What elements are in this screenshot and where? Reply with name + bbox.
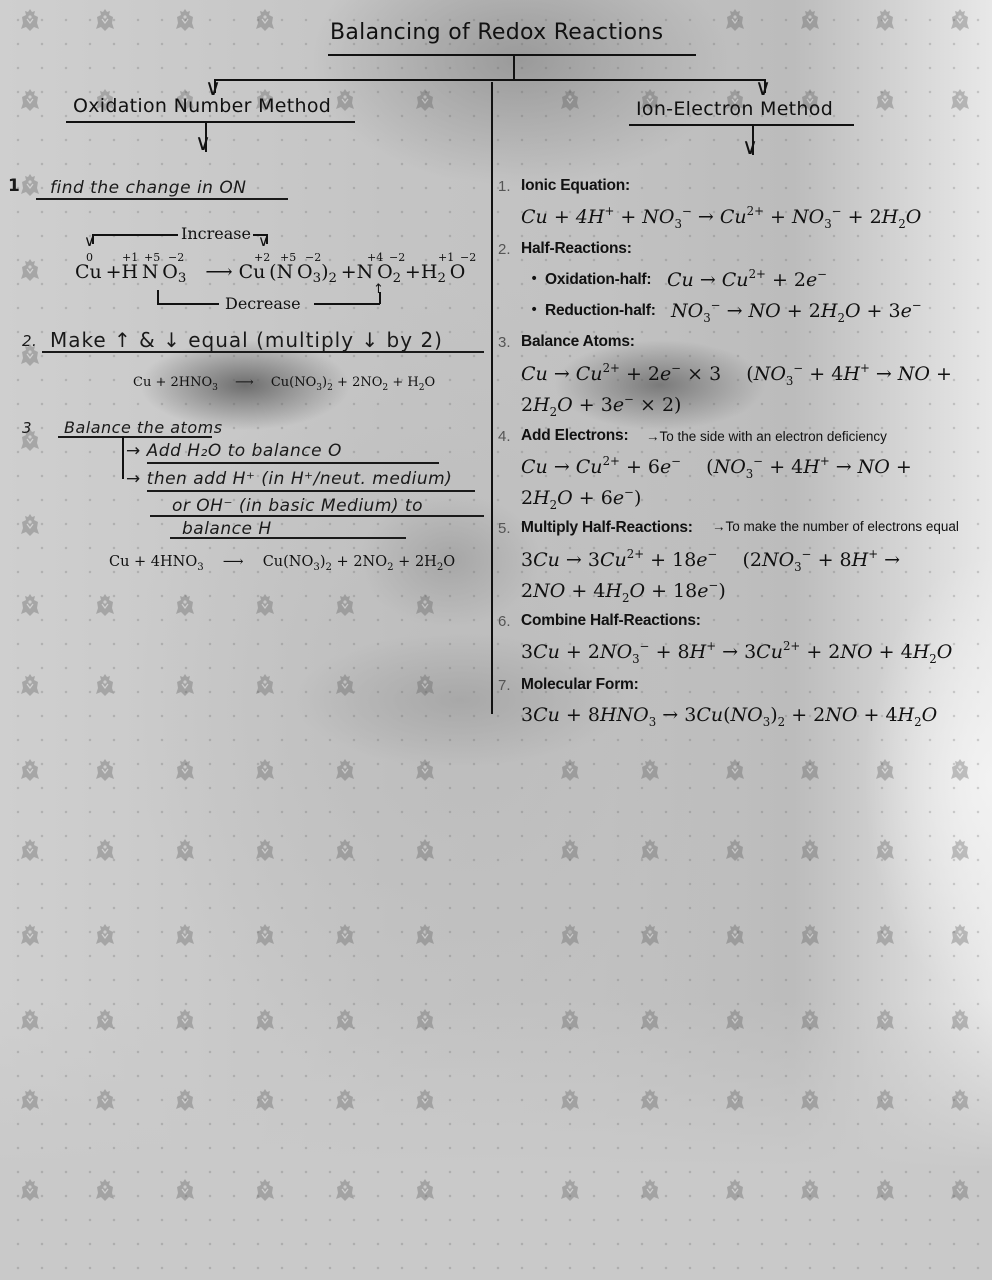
step-half-reactions-label: Half-Reactions: <box>521 240 632 258</box>
step3-sub-2-underline <box>147 490 475 492</box>
heading-underline <box>66 121 355 123</box>
heading-underline <box>629 124 854 126</box>
notes-page: Balancing of Redox Reactions ∨ ∨ Oxidati… <box>0 0 992 1280</box>
step2-text: Make ↑ & ↓ equal (multiply ↓ by 2) <box>50 328 443 352</box>
step3-text: Balance the atoms <box>64 418 223 437</box>
reduction-half-label: Reduction-half: <box>545 302 656 320</box>
step3-sub-4: balance H <box>182 519 272 539</box>
arrow-down-icon: ∨ <box>755 78 771 100</box>
step3-sub-2: → then add H⁺ (in H⁺/neut. medium) <box>126 469 452 489</box>
step1-number: 1 <box>8 176 20 196</box>
step-multiply-label: Multiply Half-Reactions: <box>521 519 693 537</box>
add-electrons-line-2: 2H2O + 6e−) <box>521 485 641 512</box>
step-number: 7. <box>498 677 511 694</box>
step-ionic-equation-label: Ionic Equation: <box>521 177 630 195</box>
step2-equation: Cu + 2HNO3 ⟶ Cu(NO3)2 + 2NO2 + H2O <box>133 375 435 393</box>
decrease-bracket-right <box>314 303 380 305</box>
add-electrons-line-1: Cu → Cu2+ + 6e− (NO3− + 4H+ → NO + <box>521 454 912 481</box>
bullet-icon: • <box>530 302 538 318</box>
step2-underline <box>42 351 484 353</box>
multiply-line-1: 3Cu → 3Cu2+ + 18e− (2NO3− + 8H+ → <box>521 547 900 574</box>
molecular-equation: 3Cu + 8HNO3 → 3Cu(NO3)2 + 2NO + 4H2O <box>521 704 937 729</box>
oxidation-half-equation: Cu → Cu2+ + 2e− <box>667 267 827 291</box>
step3-sub-3: or OH⁻ (in basic Medium) to <box>172 496 423 516</box>
step3-sub-1-underline <box>147 462 439 464</box>
step-number: 5. <box>498 520 511 537</box>
step3-underline <box>58 436 212 438</box>
arrow-down-icon: ∨ <box>84 234 95 249</box>
step-add-electrons-label: Add Electrons: <box>521 427 628 445</box>
step3-number: 3 <box>22 419 32 437</box>
balance-atoms-line-2: 2H2O + 3e− × 2) <box>521 392 681 419</box>
step3-equation: Cu + 4HNO3 ⟶ Cu(NO3)2 + 2NO2 + 2H2O <box>109 554 455 573</box>
add-electrons-note: →To the side with an electron deficiency <box>646 429 887 444</box>
step-molecular-form-label: Molecular Form: <box>521 676 639 694</box>
arrow-up-icon: ↑ <box>373 283 384 296</box>
step-number: 4. <box>498 428 511 445</box>
multiply-line-2: 2NO + 4H2O + 18e−) <box>521 578 726 605</box>
ionic-equation: Cu + 4H+ + NO3− → Cu2+ + NO3− + 2H2O <box>521 204 921 231</box>
oxidation-number-method-heading: Oxidation Number Method <box>73 95 331 117</box>
step2-number: 2. <box>22 332 37 350</box>
step-combine-label: Combine Half-Reactions: <box>521 612 701 630</box>
title-underline <box>328 54 696 56</box>
step-number: 1. <box>498 178 511 195</box>
step1-equation: Cu +H N O3 ⟶ Cu (N O3)2 +N O2 +H2 O <box>75 261 465 286</box>
step-number: 6. <box>498 613 511 630</box>
step-balance-atoms-label: Balance Atoms: <box>521 333 635 351</box>
increase-label: Increase <box>181 224 251 243</box>
reduction-half-equation: NO3− → NO + 2H2O + 3e− <box>671 298 922 325</box>
step-number: 2. <box>498 241 511 258</box>
step3-sub-1: → Add H₂O to balance O <box>126 441 342 461</box>
increase-bracket-left <box>92 234 178 236</box>
bullet-icon: • <box>530 271 538 287</box>
arrow-down-icon: ∨ <box>258 234 269 249</box>
step1-text: find the change in ON <box>50 178 246 198</box>
step3-sub-4-underline <box>170 537 406 539</box>
step-number: 3. <box>498 334 511 351</box>
branch-stem <box>513 56 515 80</box>
step3-sub-3-underline <box>150 515 484 517</box>
multiply-note: →To make the number of electrons equal <box>712 519 959 534</box>
decrease-label: Decrease <box>225 294 301 313</box>
decrease-bracket-left <box>157 303 219 305</box>
arrow-down-icon: ∨ <box>195 133 211 155</box>
step3-branch-stem <box>122 436 124 479</box>
page-title: Balancing of Redox Reactions <box>330 20 663 45</box>
ion-electron-method-heading: Ion-Electron Method <box>636 98 833 120</box>
balance-atoms-line-1: Cu → Cu2+ + 2e− × 3 (NO3− + 4H+ → NO + <box>521 361 952 388</box>
oxidation-half-label: Oxidation-half: <box>545 271 651 289</box>
column-divider <box>491 82 493 714</box>
decrease-bracket-leftrise <box>157 290 159 304</box>
branch-bar <box>214 79 765 81</box>
arrow-down-icon: ∨ <box>742 137 758 159</box>
combine-equation: 3Cu + 2NO3− + 8H+ → 3Cu2+ + 2NO + 4H2O <box>521 639 952 666</box>
step1-underline <box>36 198 288 200</box>
